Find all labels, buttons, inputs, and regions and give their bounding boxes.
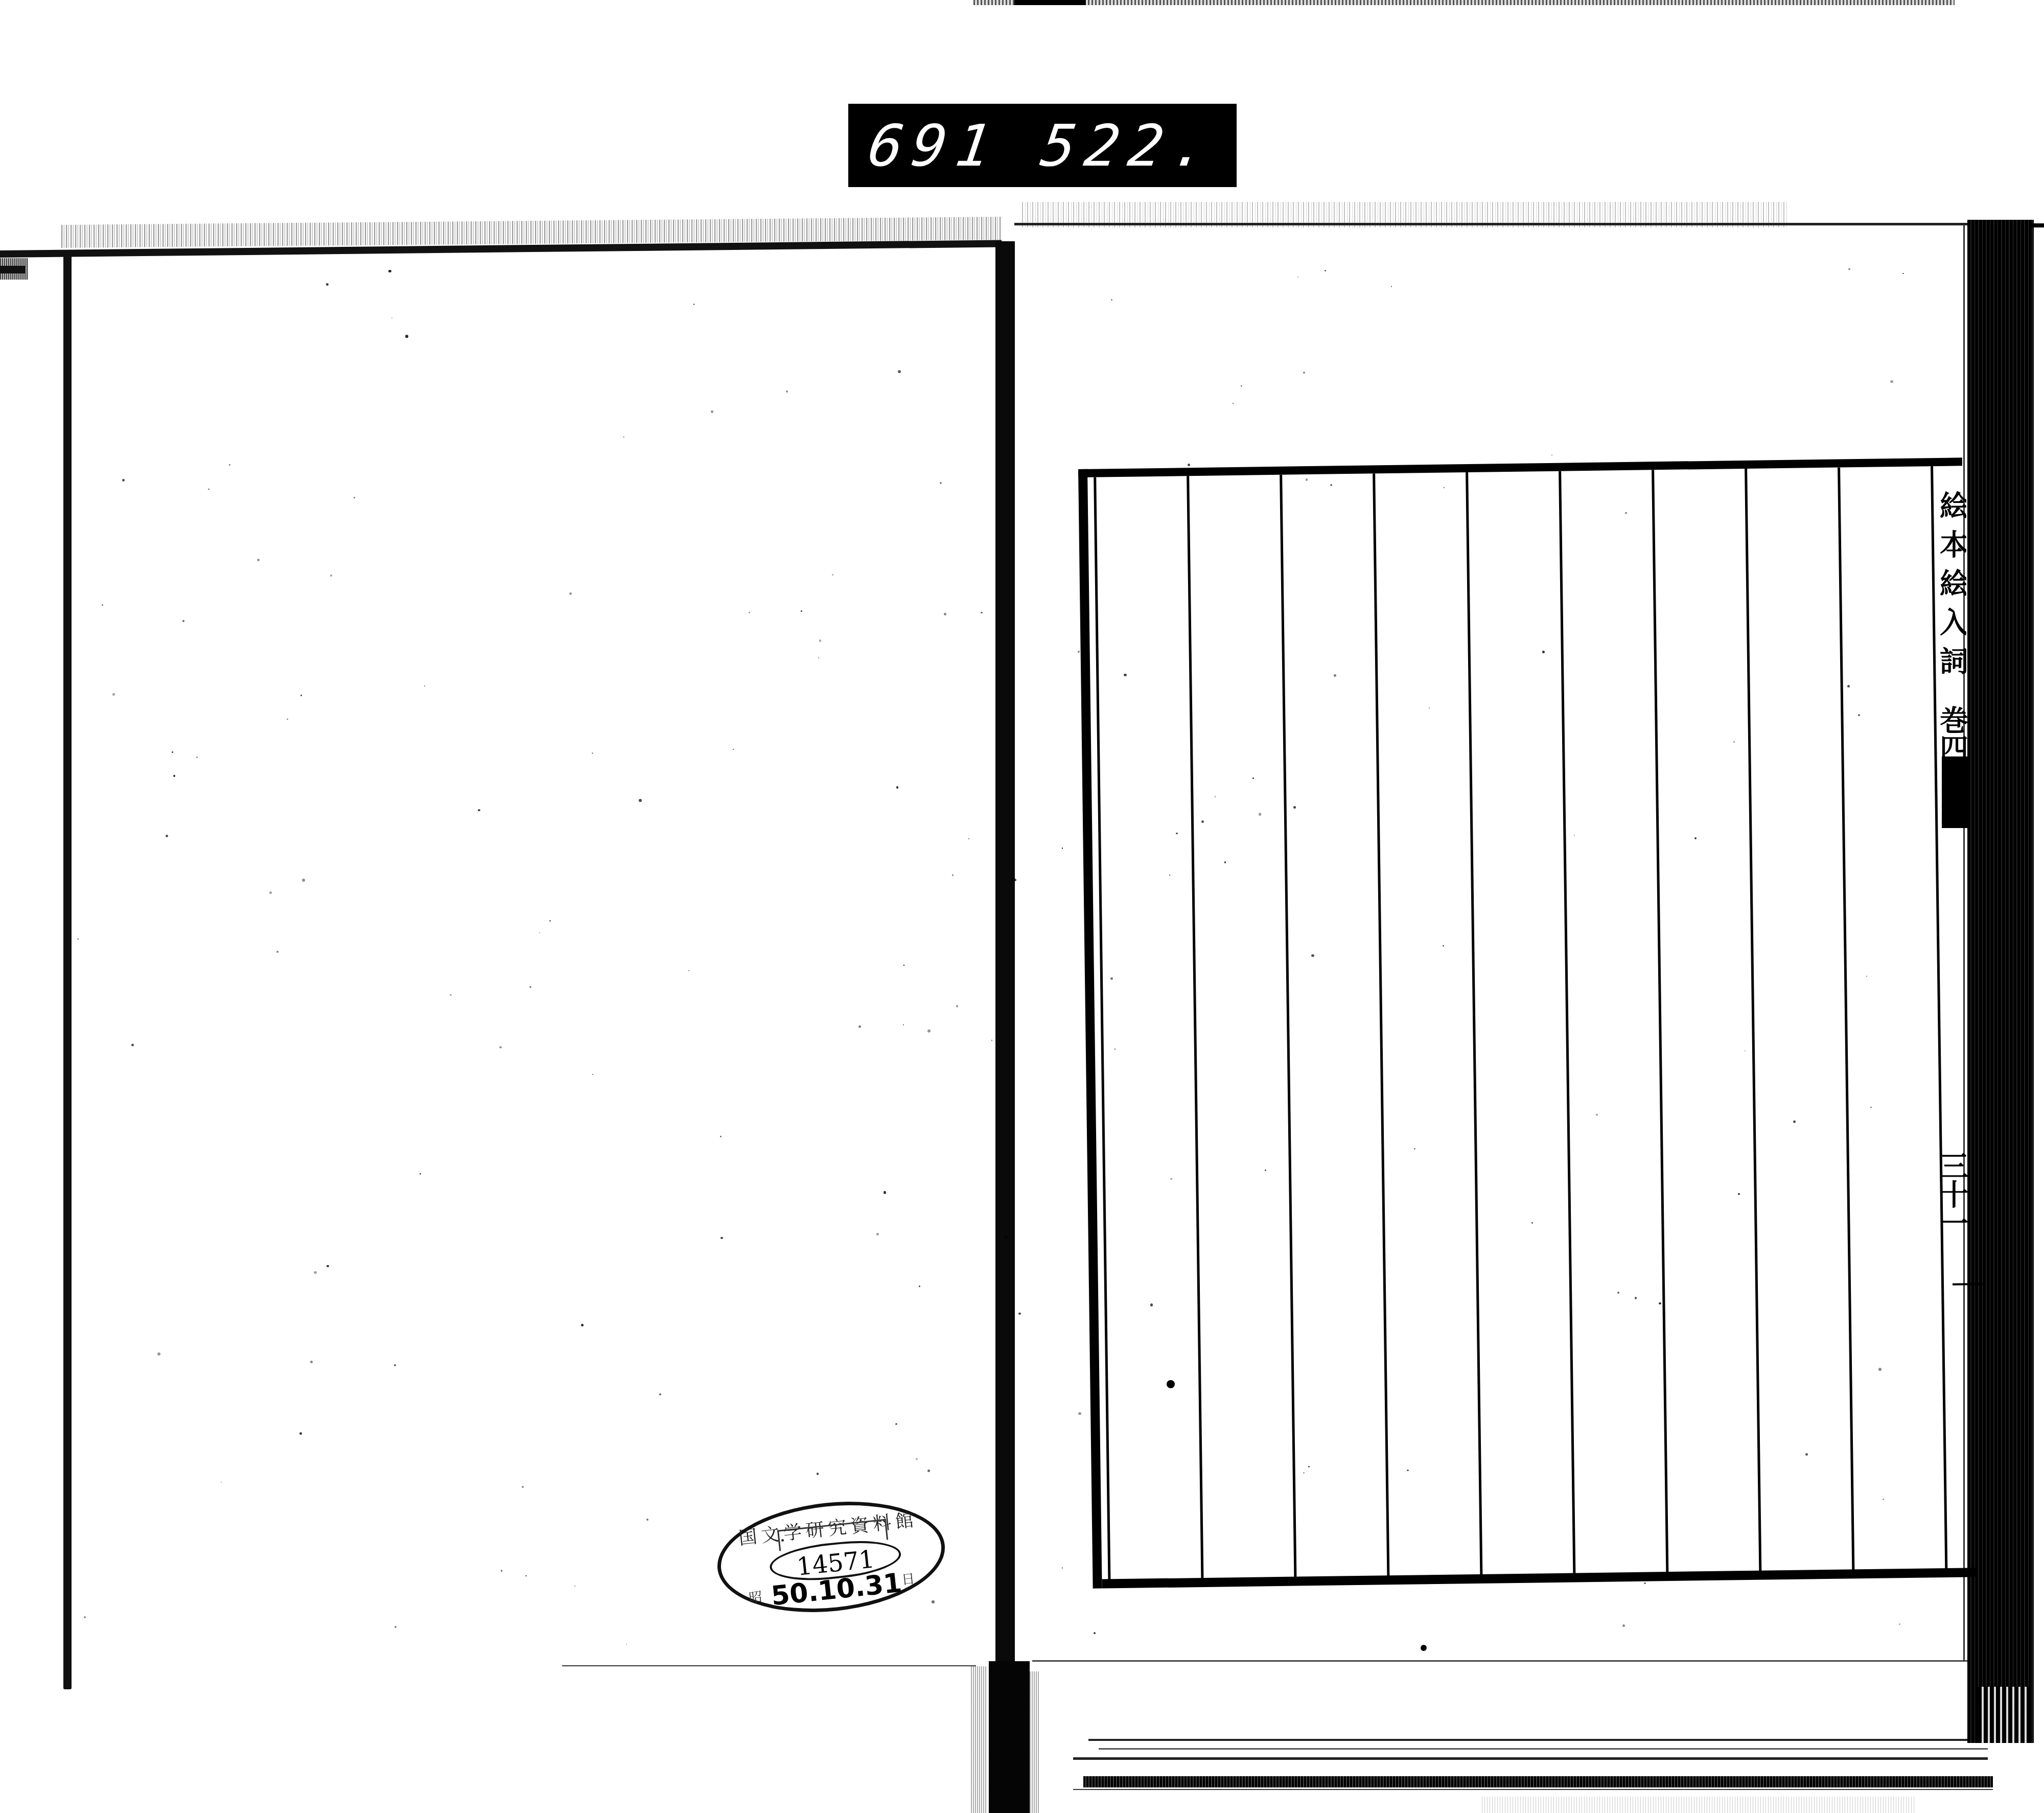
fore-edge-page-stack (1967, 220, 2034, 1743)
left-page-outer-edge (63, 256, 72, 1689)
page-stack-edge-dark (1083, 1776, 1993, 1787)
spine-shadow-left (971, 1666, 986, 1813)
fore-edge-tail (1978, 1687, 2029, 1743)
page-stack-edge (1073, 1757, 1988, 1760)
top-film-edge (973, 0, 1955, 5)
title-strip-page-number: 三十一 (1938, 1151, 1966, 1237)
page-stack-base (1073, 1789, 1993, 1790)
left-page-bottom-edge (562, 1665, 976, 1666)
page-stack-edge (1099, 1748, 1988, 1750)
left-cover-edge-dark (0, 266, 26, 273)
bottom-scan-noise (1482, 1797, 1916, 1813)
grid-column-line (1838, 467, 1854, 1573)
frame-top-border (1078, 457, 1962, 477)
frame-bottom-border (1102, 1568, 1977, 1588)
film-frame-number: 691 522. (844, 113, 1241, 179)
grid-column-line (1187, 476, 1203, 1582)
right-page-bottom-edge (1032, 1660, 1988, 1662)
page-stack-edge (1088, 1739, 1988, 1741)
stamp-era: 昭 (748, 1587, 763, 1607)
spine-shadow-right (1030, 1671, 1040, 1813)
grid-column-line (1280, 475, 1296, 1581)
stamp-day: 日 (900, 1568, 916, 1589)
book-spine (995, 241, 1015, 1667)
grid-column-line (1373, 473, 1389, 1579)
film-frame-label: 691 522. (848, 104, 1237, 187)
title-strip-volume: 巻四 (1938, 705, 1966, 763)
book-spine-lower (989, 1661, 1030, 1813)
ruled-grid-frame (1078, 458, 1961, 1583)
grid-column-line (1466, 472, 1482, 1578)
grid-column-line (1652, 470, 1668, 1576)
frame-left-border (1078, 469, 1102, 1589)
fore-edge-top (2031, 223, 2044, 227)
frame-number: 522. (1037, 113, 1221, 179)
reel-number: 691 (864, 113, 1005, 179)
top-film-edge-dark (1014, 0, 1086, 5)
library-accession-stamp: 国文学研究資料館 14571 昭 50.10.31 日 (712, 1491, 950, 1623)
grid-column-line (1559, 471, 1575, 1577)
title-strip: 絵本絵入詞 巻四 三十一 (1937, 491, 1967, 1564)
grid-column-line (1745, 469, 1761, 1575)
title-strip-book-title: 絵本絵入詞 (1938, 491, 1966, 685)
right-page-top-edge (1014, 223, 1967, 225)
